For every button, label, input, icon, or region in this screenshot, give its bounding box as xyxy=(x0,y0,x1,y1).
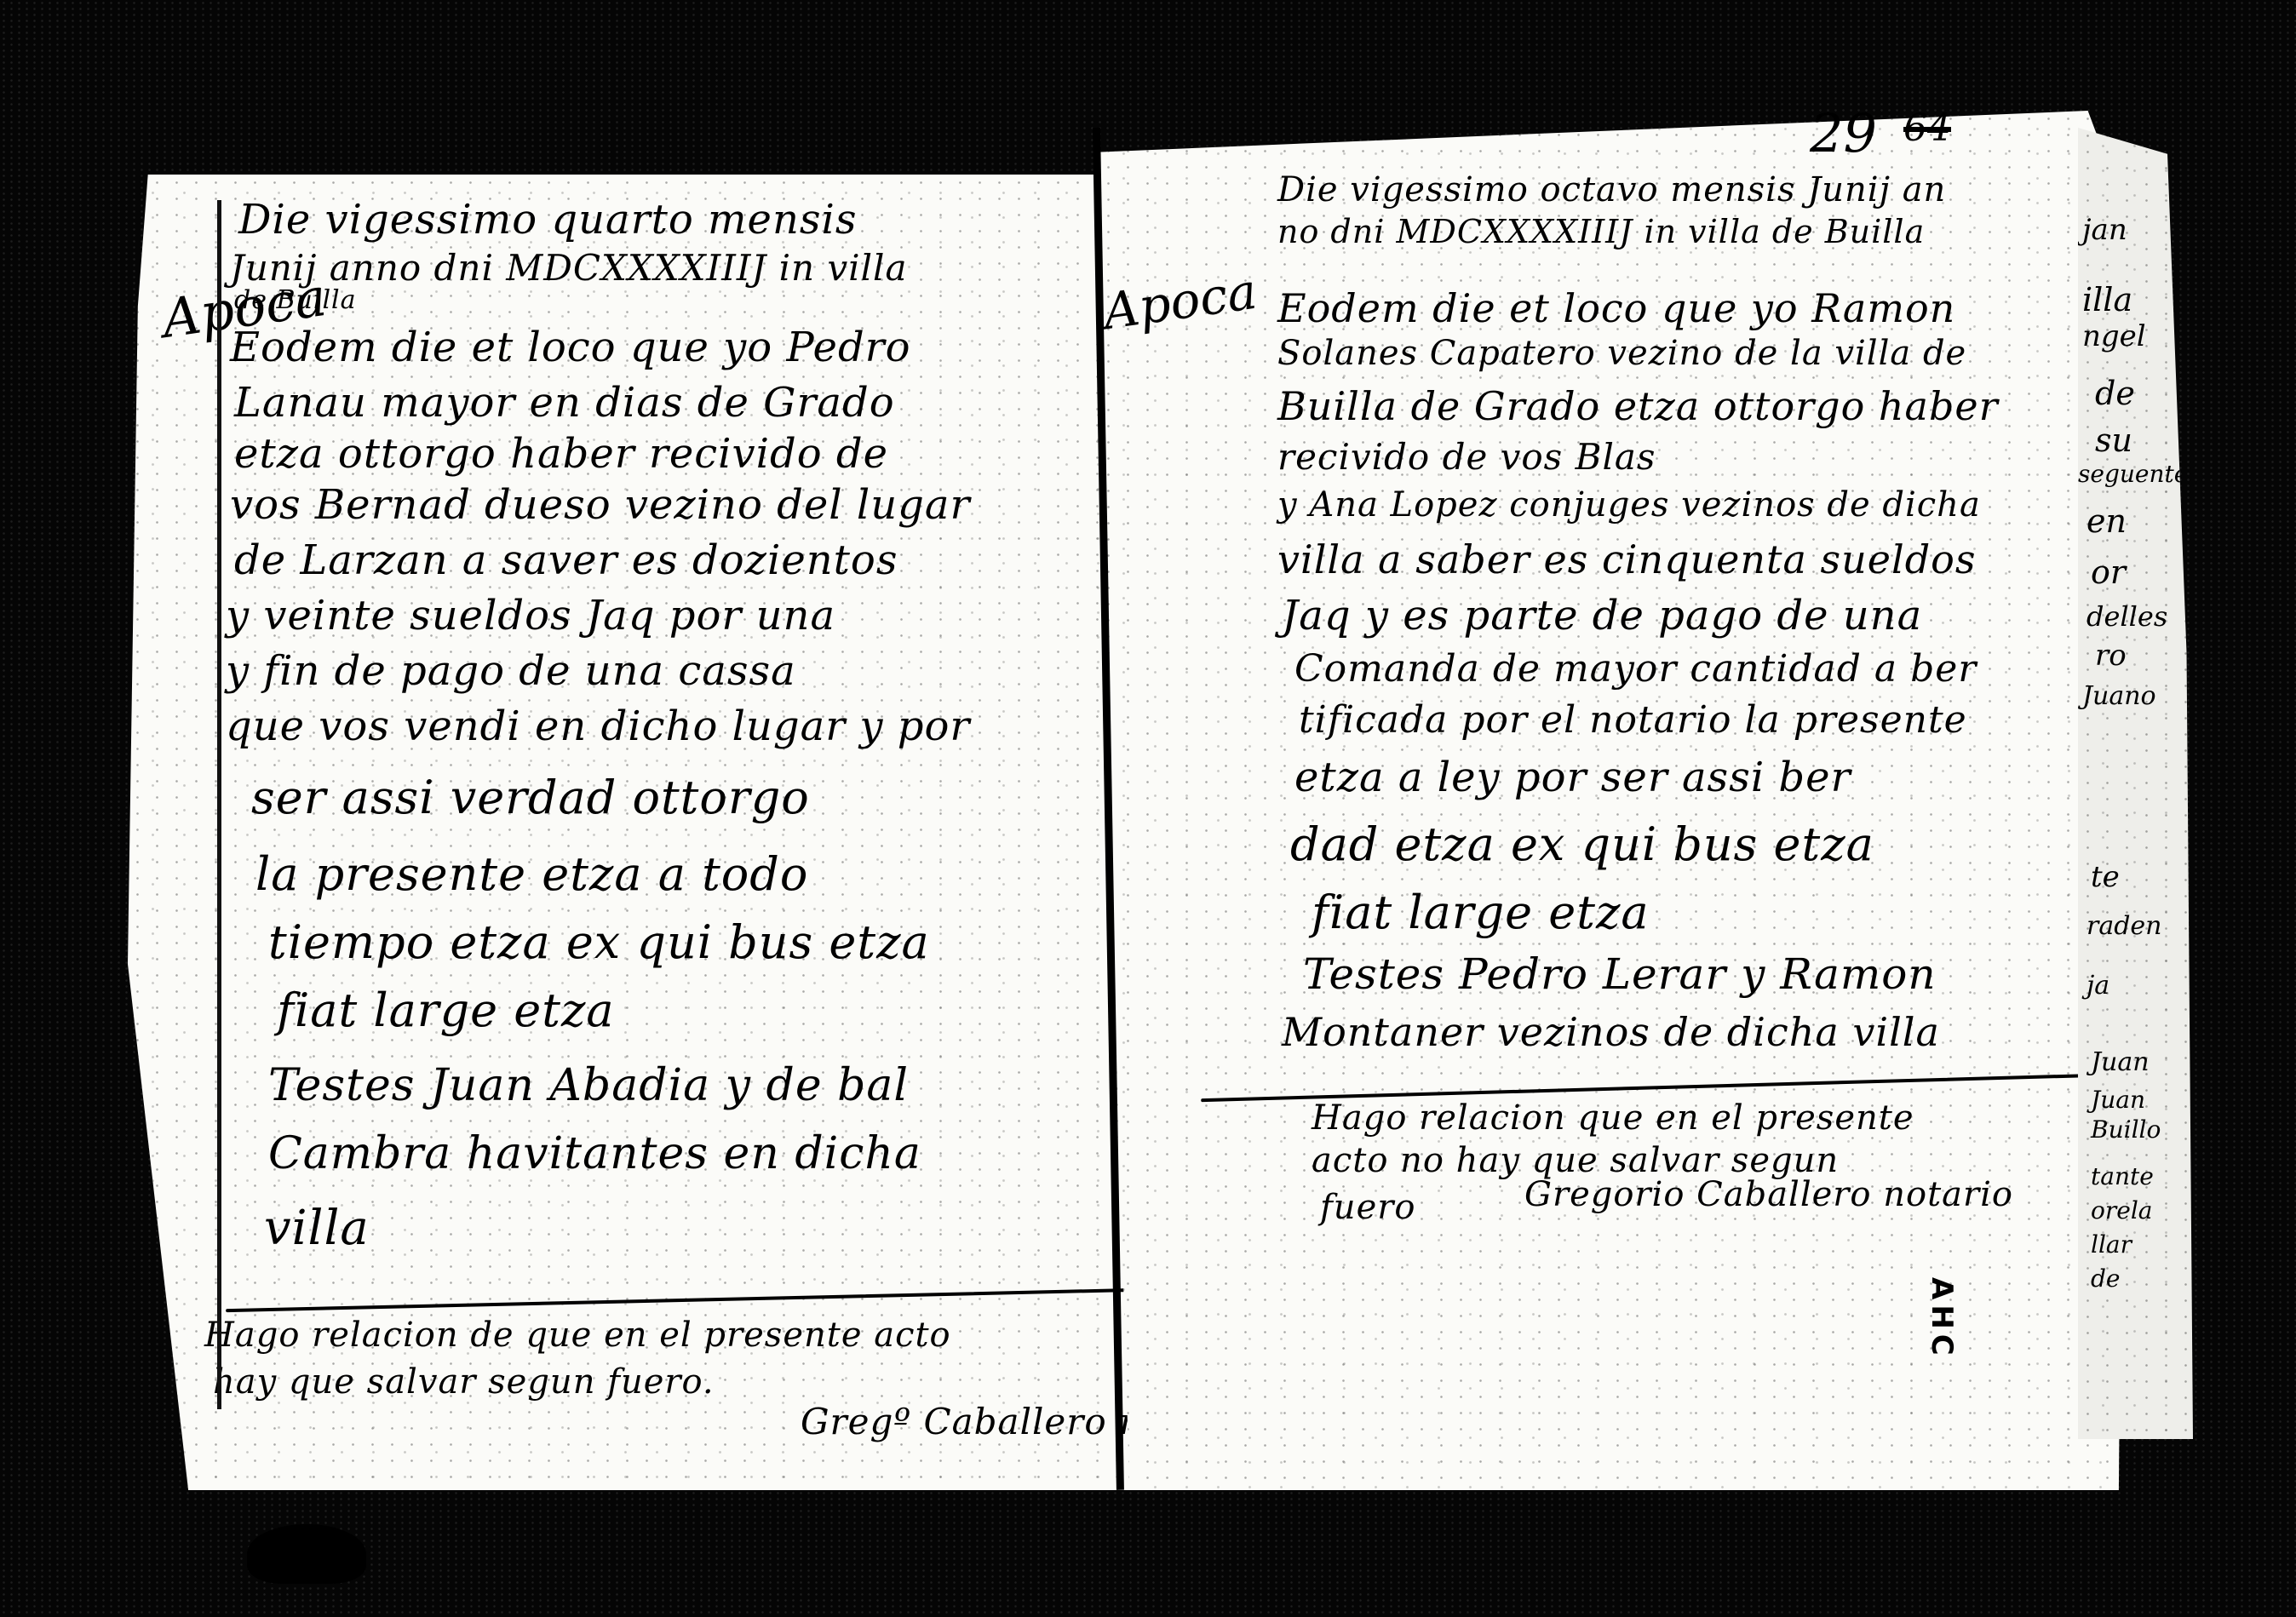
right-line-14: fiat large etza xyxy=(1312,886,1650,939)
right-line-8: villa a saber es cinquenta sueldos xyxy=(1277,536,1976,582)
left-line-16: Testes Juan Abadia y de bal xyxy=(268,1060,909,1111)
left-margin-rule xyxy=(217,200,221,1409)
left-line-18: villa xyxy=(264,1201,370,1256)
edge-fragment: de xyxy=(2091,1264,2121,1293)
edge-fragment: raden xyxy=(2086,911,2162,941)
edge-fragment: su xyxy=(2095,421,2132,459)
edge-fragment: Juano xyxy=(2082,681,2156,711)
edge-fragment: or xyxy=(2091,553,2126,591)
right-page: Apoca Die vigessimo octavo mensis Junij … xyxy=(1099,111,2129,1490)
left-line-1: Die vigessimo quarto mensis xyxy=(238,196,858,244)
edge-fragment: Buillo xyxy=(2091,1115,2161,1144)
right-line-12: etza a ley por ser assi ber xyxy=(1294,754,1851,801)
left-line-14: tiempo etza ex qui bus etza xyxy=(268,915,930,969)
right-line-2: no dni MDCXXXXIIIJ in villa de Builla xyxy=(1277,213,1925,250)
archive-stamp: AHC xyxy=(1925,1277,1959,1361)
left-line-3: de Builla xyxy=(234,285,357,315)
left-line-2: Junij anno dni MDCXXXXIIIJ in villa xyxy=(230,247,908,289)
right-footer-line-1: Hago relacion que en el presente xyxy=(1312,1098,1914,1138)
right-line-15: Testes Pedro Lerar y Ramon xyxy=(1303,949,1937,999)
right-line-6: recivido de vos Blas xyxy=(1277,436,1656,478)
left-page: Apoca Die vigessimo quarto mensis Junij … xyxy=(128,175,1137,1490)
ink-blot xyxy=(247,1524,366,1584)
right-line-7: y Ana Lopez conjuges vezinos de dicha xyxy=(1277,485,1981,525)
edge-fragment: illa xyxy=(2082,281,2132,318)
right-line-1: Die vigessimo octavo mensis Junij an xyxy=(1277,170,1946,209)
edge-fragment: seguente xyxy=(2078,460,2188,488)
left-footer-line-1: Hago relacion de que en el presente acto xyxy=(204,1316,951,1355)
right-line-3: Eodem die et loco que yo Ramon xyxy=(1277,285,1955,331)
edge-fragment: en xyxy=(2086,502,2127,540)
struck-page-number: 64 xyxy=(1903,106,1951,150)
right-line-16: Montaner vezinos de dicha villa xyxy=(1282,1009,1940,1055)
left-line-7: vos Bernad dueso vezino del lugar xyxy=(230,481,970,529)
edge-fragment: tante xyxy=(2091,1162,2154,1190)
edge-fragment: jan xyxy=(2082,213,2127,247)
edge-fragment: orela xyxy=(2091,1196,2152,1224)
left-separator-rule xyxy=(226,1288,1137,1312)
edge-fragment: Juan xyxy=(2091,1086,2145,1114)
left-line-5: Lanau mayor en dias de Grado xyxy=(234,379,895,427)
page-number: 29 xyxy=(1810,102,1877,164)
edge-fragment: te xyxy=(2091,860,2120,894)
right-line-9: Jaq y es parte de pago de una xyxy=(1282,592,1922,639)
right-signature: Gregorio Caballero notario xyxy=(1524,1175,2013,1214)
right-line-4: Solanes Capatero vezino de la villa de xyxy=(1277,334,1966,373)
edge-fragment: Juan xyxy=(2091,1047,2150,1077)
left-line-4: Eodem die et loco que yo Pedro xyxy=(230,324,911,371)
edge-fragment: delles xyxy=(2086,600,2167,633)
left-line-13: la presente etza a todo xyxy=(255,847,808,901)
left-line-6: etza ottorgo haber recivido de xyxy=(234,430,888,478)
right-line-5: Builla de Grado etza ottorgo haber xyxy=(1277,383,1999,429)
left-line-9: y veinte sueldos Jaq por una xyxy=(226,592,835,639)
right-margin-note: Apoca xyxy=(1099,262,1260,341)
left-line-17: Cambra havitantes en dicha xyxy=(268,1128,921,1179)
left-line-11: que vos vendi en dicho lugar y por xyxy=(226,702,970,750)
right-line-11: tificada por el notario la presente xyxy=(1299,698,1967,742)
left-footer-line-2: hay que salvar segun fuero. xyxy=(213,1362,715,1402)
left-line-10: y fin de pago de una cassa xyxy=(226,647,796,695)
left-line-15: fiat large etza xyxy=(277,983,615,1037)
left-line-12: ser assi verdad ottorgo xyxy=(251,771,810,824)
edge-fragment: llar xyxy=(2091,1230,2132,1259)
left-line-8: de Larzan a saver es dozientos xyxy=(234,536,898,584)
edge-fragment: ngel xyxy=(2082,319,2146,353)
edge-fragment: de xyxy=(2095,375,2135,412)
edge-fragment: ro xyxy=(2095,639,2127,673)
right-footer-line-3: fuero xyxy=(1320,1188,1415,1227)
edge-fragment: ja xyxy=(2086,971,2109,1001)
right-line-13: dad etza ex qui bus etza xyxy=(1290,817,1874,871)
right-line-10: Comanda de mayor cantidad a ber xyxy=(1294,647,1977,691)
left-signature: Gregº Caballero nº etza xyxy=(801,1401,1137,1442)
